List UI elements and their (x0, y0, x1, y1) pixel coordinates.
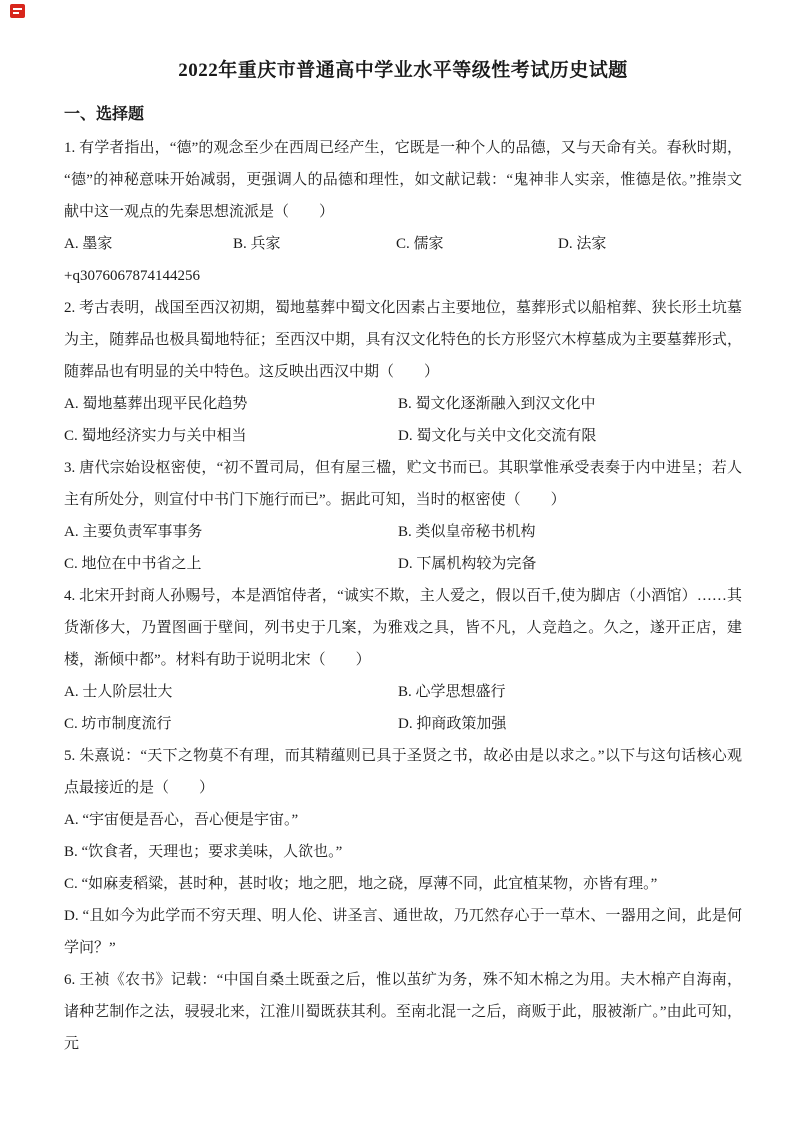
question-options: A. “宇宙便是吾心，吾心便是宇宙。” B. “饮食者，天理也；要求美味，人欲也… (64, 804, 742, 964)
question-stem: 3. 唐代宗始设枢密使，“初不置司局，但有屋三楹，贮文书而已。其职掌惟承受表奏于… (64, 452, 742, 516)
option-item: C. 地位在中书省之上 (64, 548, 398, 580)
question-stem: 5. 朱熹说：“天下之物莫不有理，而其精蕴则已具于圣贤之书，故必由是以求之。”以… (64, 740, 742, 804)
option-item: C. 儒家 (396, 228, 558, 260)
exam-document: 2022年重庆市普通高中学业水平等级性考试历史试题 一、选择题 1. 有学者指出… (0, 0, 792, 1060)
document-page: { "page": { "title": "2022年重庆市普通高中学业水平等级… (0, 0, 793, 1122)
code-line: +q3076067874144256 (64, 260, 742, 292)
option-item: D. “且如今为此学而不穷天理、明人伦、讲圣言、通世故，乃兀然存心于一草木、一器… (64, 900, 742, 964)
question-options: A. 士人阶层壮大 B. 心学思想盛行 C. 坊市制度流行 D. 抑商政策加强 (64, 676, 742, 740)
option-item: A. 蜀地墓葬出现平民化趋势 (64, 388, 398, 420)
watermark-logo-icon (10, 4, 25, 18)
option-item: D. 蜀文化与关中文化交流有限 (398, 420, 742, 452)
option-item: C. 蜀地经济实力与关中相当 (64, 420, 398, 452)
section-heading: 一、选择题 (64, 102, 742, 128)
question-stem: 4. 北宋开封商人孙赐号，本是酒馆侍者，“诚实不欺，主人爱之，假以百千,使为脚店… (64, 580, 742, 676)
option-item: D. 法家 (558, 228, 742, 260)
option-item: D. 抑商政策加强 (398, 708, 742, 740)
question-block-1: 1. 有学者指出，“德”的观念至少在西周已经产生，它既是一种个人的品德，又与天命… (64, 132, 742, 260)
option-item: B. 类似皇帝秘书机构 (398, 516, 742, 548)
question-block-6: 6. 王祯《农书》记载：“中国自桑土既蚕之后，惟以茧纩为务，殊不知木棉之为用。夫… (64, 964, 742, 1060)
option-item: A. 主要负责军事事务 (64, 516, 398, 548)
option-item: A. 墨家 (64, 228, 233, 260)
question-options: A. 墨家 B. 兵家 C. 儒家 D. 法家 (64, 228, 742, 260)
question-options: A. 主要负责军事事务 B. 类似皇帝秘书机构 C. 地位在中书省之上 D. 下… (64, 516, 742, 580)
option-item: B. 蜀文化逐渐融入到汉文化中 (398, 388, 742, 420)
question-block-3: 3. 唐代宗始设枢密使，“初不置司局，但有屋三楹，贮文书而已。其职掌惟承受表奏于… (64, 452, 742, 580)
question-stem: 6. 王祯《农书》记载：“中国自桑土既蚕之后，惟以茧纩为务，殊不知木棉之为用。夫… (64, 964, 742, 1060)
question-stem: 1. 有学者指出，“德”的观念至少在西周已经产生，它既是一种个人的品德，又与天命… (64, 132, 742, 228)
question-block-5: 5. 朱熹说：“天下之物莫不有理，而其精蕴则已具于圣贤之书，故必由是以求之。”以… (64, 740, 742, 964)
option-item: B. “饮食者，天理也；要求美味，人欲也。” (64, 836, 742, 868)
option-item: B. 心学思想盛行 (398, 676, 742, 708)
question-block-2: 2. 考古表明，战国至西汉初期，蜀地墓葬中蜀文化因素占主要地位，墓葬形式以船棺葬… (64, 292, 742, 452)
page-title: 2022年重庆市普通高中学业水平等级性考试历史试题 (64, 56, 742, 86)
option-item: C. 坊市制度流行 (64, 708, 398, 740)
option-item: D. 下属机构较为完备 (398, 548, 742, 580)
option-item: A. 士人阶层壮大 (64, 676, 398, 708)
question-stem: 2. 考古表明，战国至西汉初期，蜀地墓葬中蜀文化因素占主要地位，墓葬形式以船棺葬… (64, 292, 742, 388)
option-item: B. 兵家 (233, 228, 396, 260)
option-item: A. “宇宙便是吾心，吾心便是宇宙。” (64, 804, 742, 836)
question-options: A. 蜀地墓葬出现平民化趋势 B. 蜀文化逐渐融入到汉文化中 C. 蜀地经济实力… (64, 388, 742, 452)
option-item: C. “如麻麦稻粱，甚时种，甚时收；地之肥，地之硗，厚薄不同，此宜植某物，亦皆有… (64, 868, 742, 900)
question-block-4: 4. 北宋开封商人孙赐号，本是酒馆侍者，“诚实不欺，主人爱之，假以百千,使为脚店… (64, 580, 742, 740)
